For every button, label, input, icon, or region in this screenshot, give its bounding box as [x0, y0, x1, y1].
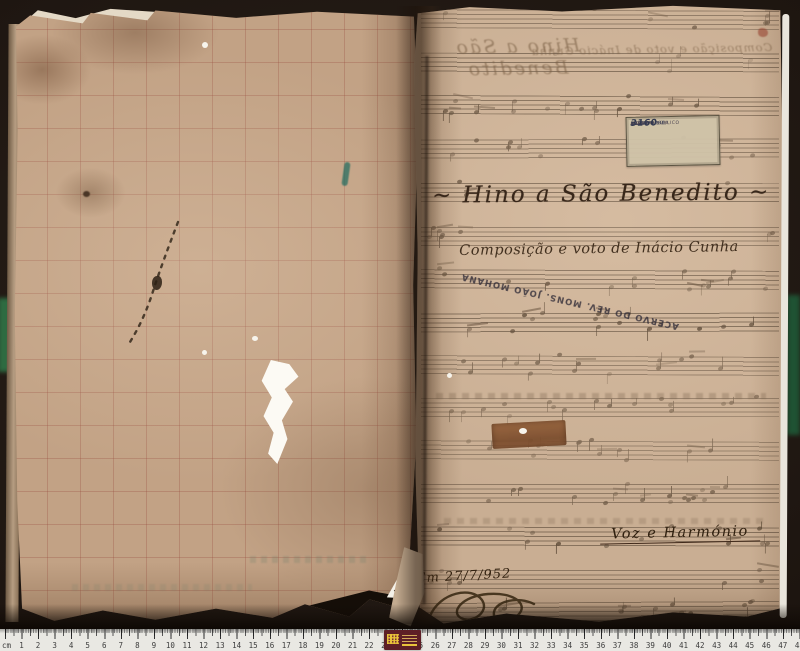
note-stem	[596, 101, 597, 108]
music-note	[538, 154, 544, 159]
logo-bar	[402, 644, 417, 646]
repair-tape-patch	[491, 420, 566, 449]
green-felt-right	[787, 295, 800, 435]
ghost-title-text: Hino a São Benedito	[432, 34, 603, 81]
ruler-number: 40	[662, 641, 671, 650]
note-stem	[765, 543, 766, 553]
music-note	[721, 402, 727, 407]
building-icon	[387, 634, 399, 644]
music-note	[545, 106, 551, 111]
note-stem	[767, 234, 768, 242]
music-note	[511, 109, 517, 114]
staff-lines	[421, 355, 779, 376]
ruler-number: 19	[315, 641, 324, 650]
ruler-number: 1	[19, 641, 24, 650]
paper-speck	[202, 42, 208, 48]
ruler-number: 2	[36, 641, 41, 650]
ruler-number: 41	[679, 641, 688, 650]
note-stem	[518, 489, 519, 496]
music-note	[602, 500, 608, 505]
music-note	[556, 352, 562, 357]
ruler-number: 32	[530, 641, 539, 650]
note-stem	[582, 139, 583, 146]
music-note	[576, 440, 582, 445]
note-stem	[596, 327, 597, 335]
ruler-number: 30	[497, 641, 506, 650]
ruler-number: 45	[745, 641, 754, 650]
music-note	[759, 579, 765, 584]
note-stem	[543, 302, 544, 314]
ruler-unit-label: cm	[2, 641, 11, 650]
music-note	[631, 284, 637, 289]
note-stem	[613, 494, 614, 501]
note-stem	[687, 451, 688, 462]
note-stem	[443, 13, 444, 19]
note-stem	[671, 59, 672, 71]
note-stem	[443, 111, 444, 121]
note-stem	[539, 354, 540, 363]
music-note	[531, 453, 537, 458]
note-stem	[508, 142, 509, 151]
note-stem	[753, 317, 754, 325]
ruler-number: 27	[447, 641, 456, 650]
note-stem	[673, 401, 674, 411]
torn-hole	[258, 360, 304, 464]
note-stem	[617, 110, 618, 117]
ruler-number: 36	[596, 641, 605, 650]
note-stem	[611, 399, 612, 405]
note-stem	[594, 111, 595, 121]
note-stem	[617, 450, 618, 457]
ruler-number: 11	[182, 641, 191, 650]
ruler-number: 33	[547, 641, 556, 650]
manuscript-photograph: Hino a São Benedito Composição e voto de…	[0, 0, 800, 651]
ruler-number: 9	[152, 641, 157, 650]
note-beam	[648, 11, 668, 17]
note-stem	[511, 490, 512, 496]
note-stem	[461, 412, 462, 421]
ruler-number: 4	[69, 641, 74, 650]
ruler-number: 14	[232, 641, 241, 650]
music-note	[592, 6, 598, 11]
paper-speck	[447, 373, 452, 378]
ruler-number: 31	[513, 641, 522, 650]
staff-lines	[421, 313, 779, 333]
note-beam	[710, 486, 720, 488]
music-note	[486, 498, 492, 503]
note-beam	[668, 98, 684, 101]
music-note	[551, 404, 557, 409]
note-stem	[502, 360, 503, 368]
paper-speck	[202, 350, 207, 355]
music-note	[700, 488, 706, 493]
music-note	[502, 402, 508, 407]
note-beam	[687, 282, 703, 287]
music-note	[678, 356, 684, 361]
music-note	[702, 497, 708, 502]
ruler-number: 13	[216, 641, 225, 650]
music-note	[686, 286, 692, 291]
note-beam	[522, 308, 541, 313]
archival-registration-label: Mº APEM ARQUIVO PÚBLICO A DIV. MÚSICA RE…	[625, 115, 720, 167]
note-stem	[712, 439, 713, 451]
ruler-number: 29	[480, 641, 489, 650]
paper-speck	[252, 336, 258, 341]
note-stem	[594, 401, 595, 410]
staff-lines	[421, 440, 779, 461]
logo-text-lines	[402, 634, 417, 642]
note-beam	[613, 487, 628, 489]
music-note	[578, 107, 584, 112]
note-stem	[721, 583, 722, 590]
note-stem	[628, 450, 629, 460]
ruler-number: 17	[282, 641, 291, 650]
label-date-value: 12. 08. 1988	[631, 120, 665, 128]
note-beam	[449, 107, 461, 110]
ruler-number: 46	[762, 641, 771, 650]
faded-writing	[72, 584, 252, 591]
note-beam	[765, 10, 780, 12]
note-stem	[449, 113, 450, 123]
right-page-manuscript: Hino a São Benedito Composição e voto de…	[414, 4, 784, 626]
note-stem	[589, 440, 590, 451]
ruler-number: 7	[119, 641, 124, 650]
music-note	[465, 438, 471, 443]
teal-ink-mark	[341, 162, 350, 187]
note-stem	[572, 497, 573, 506]
apem-logo	[384, 630, 421, 650]
ruler-number: 47	[778, 641, 787, 650]
music-note	[510, 328, 516, 333]
note-stem	[576, 360, 577, 370]
music-note	[473, 138, 479, 143]
staff-lines	[421, 398, 779, 417]
music-note	[506, 526, 512, 531]
music-note	[593, 317, 599, 322]
faded-lyrics	[444, 518, 764, 524]
ruler-number: 5	[85, 641, 90, 650]
ruler-number: 28	[464, 641, 473, 650]
note-beam	[689, 350, 705, 352]
music-note	[530, 316, 536, 321]
note-beam	[576, 357, 596, 359]
note-stem	[671, 486, 672, 497]
ruler-number: 43	[712, 641, 721, 650]
note-stem	[518, 356, 519, 363]
music-note	[460, 358, 466, 363]
staff-lines	[421, 484, 779, 503]
staff-lines	[421, 138, 779, 158]
ruler-number: 20	[331, 641, 340, 650]
music-note	[710, 489, 716, 494]
note-stem	[698, 99, 699, 106]
ruler-number: 39	[646, 641, 655, 650]
ruler-number: 18	[298, 641, 307, 650]
page-edge-highlight	[780, 14, 790, 618]
ruler-number: 12	[199, 641, 208, 650]
note-stem	[764, 535, 765, 544]
note-stem	[728, 279, 729, 286]
red-ink-mark	[758, 28, 768, 37]
ruler-number: 3	[52, 641, 57, 650]
music-note	[616, 320, 622, 325]
note-stem	[661, 352, 662, 360]
music-note	[625, 94, 631, 99]
ruler-number: 21	[348, 641, 357, 650]
note-stem	[528, 374, 529, 380]
note-stem	[449, 411, 450, 423]
music-note	[721, 324, 727, 329]
ruler-number: 48	[795, 641, 800, 650]
note-stem	[556, 544, 557, 554]
note-stem	[682, 271, 683, 279]
book-bottom-shadow	[0, 604, 800, 631]
ruler-number: 8	[135, 641, 140, 650]
note-stem	[521, 138, 522, 147]
note-stem	[599, 136, 600, 143]
note-stem	[647, 329, 648, 341]
music-note	[530, 530, 536, 535]
ruler-number: 34	[563, 641, 572, 650]
music-note	[756, 568, 762, 573]
note-beam	[597, 448, 617, 450]
note-stem	[727, 476, 728, 487]
music-note	[647, 16, 653, 21]
note-beam	[640, 493, 652, 496]
note-stem	[609, 287, 610, 296]
left-page-grid-paper	[14, 8, 418, 624]
ruler-number: 15	[249, 641, 258, 650]
music-note	[689, 354, 695, 359]
ruler-number: 38	[629, 641, 638, 650]
faded-lyrics	[436, 393, 766, 399]
binding-gutter-shadow	[396, 6, 442, 624]
note-beam	[458, 225, 473, 227]
ruler-number: 6	[102, 641, 107, 650]
manuscript-title: ~ Hino a São Benedito ~	[432, 179, 766, 208]
note-stem	[467, 329, 468, 337]
music-note	[763, 286, 769, 291]
paper-speck	[519, 428, 527, 434]
note-stem	[607, 374, 608, 384]
ruler-number: 35	[580, 641, 589, 650]
note-stem	[525, 542, 526, 550]
music-note	[749, 153, 755, 158]
music-note	[729, 155, 735, 160]
note-beam	[687, 444, 705, 447]
music-note	[452, 99, 458, 104]
ruler-number: 10	[166, 641, 175, 650]
staff-lines	[421, 95, 779, 116]
ink-spot	[83, 191, 90, 197]
faded-writing	[250, 556, 366, 563]
ruler-number: 42	[696, 641, 705, 650]
ruler-number: 22	[365, 641, 374, 650]
note-stem	[731, 271, 732, 278]
note-stem	[748, 61, 749, 69]
ruler-number: 26	[431, 641, 440, 650]
note-stem	[722, 357, 723, 368]
music-note	[457, 229, 463, 234]
note-stem	[701, 285, 702, 296]
music-note	[667, 499, 673, 504]
ruler-number: 16	[265, 641, 274, 650]
note-stem	[547, 402, 548, 412]
music-note	[692, 25, 698, 30]
ruler-number: 37	[613, 641, 622, 650]
music-note	[521, 313, 527, 318]
ruler-number: 44	[729, 641, 738, 650]
staff-lines	[421, 9, 779, 30]
note-stem	[481, 409, 482, 418]
note-stem	[765, 16, 766, 26]
note-stem	[472, 363, 473, 373]
note-stem	[450, 155, 451, 162]
note-stem	[565, 104, 566, 115]
instrumentation-text: Voz e Harmónio	[600, 523, 760, 544]
note-beam	[467, 322, 488, 326]
